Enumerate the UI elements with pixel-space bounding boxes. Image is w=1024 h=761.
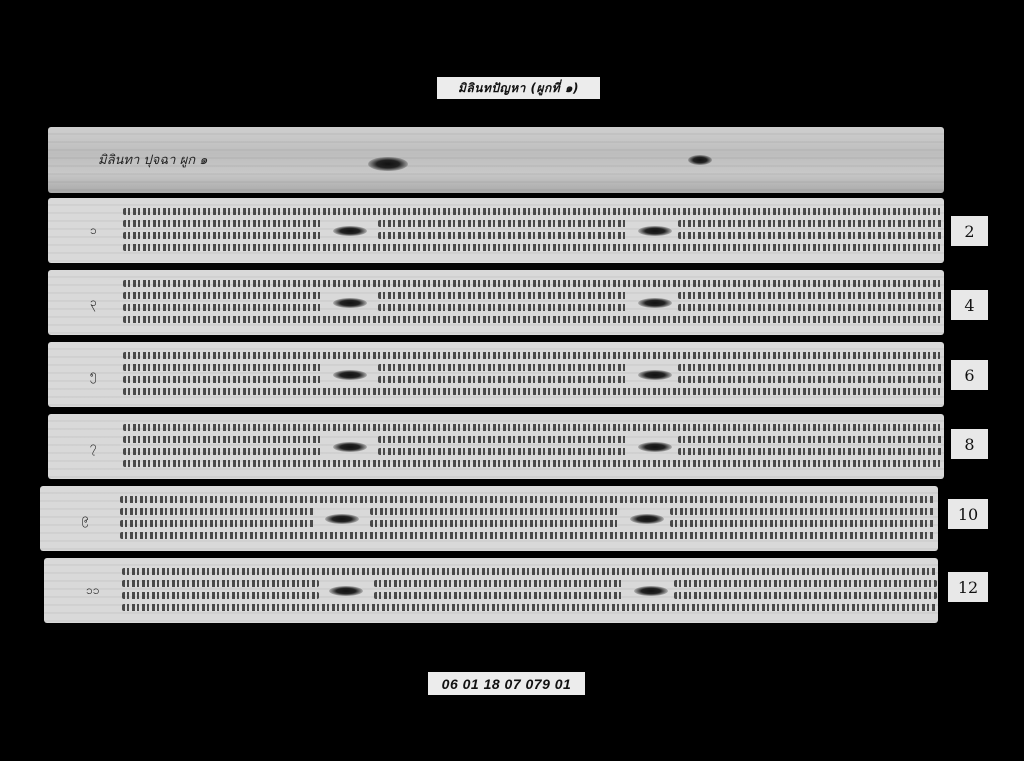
script-line <box>378 292 628 299</box>
script-line <box>123 352 943 359</box>
script-line <box>378 304 628 311</box>
manuscript-title-label: มิลินทปัญหา (ผูกที่ ๑) <box>437 77 600 99</box>
palm-leaf: ၁ <box>48 198 944 263</box>
binding-hole <box>638 370 672 380</box>
script-line <box>122 592 319 599</box>
script-line <box>123 460 943 467</box>
folio-mark: ၁၁ <box>86 582 100 600</box>
script-line <box>122 568 937 575</box>
script-line <box>678 448 943 455</box>
binding-hole <box>638 442 672 452</box>
binding-hole <box>329 586 363 596</box>
script-line <box>374 580 624 587</box>
folio-mark: ၇ <box>90 438 97 456</box>
script-line <box>674 592 937 599</box>
cover-leaf: มิลินทา ปุจฉา ผูก ๑ <box>48 127 944 193</box>
script-line <box>123 424 943 431</box>
binding-hole <box>325 514 359 524</box>
script-line <box>123 208 943 215</box>
script-line <box>123 436 323 443</box>
page-number-tag: 10 <box>948 499 988 529</box>
catalog-number-label: 06 01 18 07 079 01 <box>428 672 585 695</box>
binding-hole <box>638 298 672 308</box>
script-line <box>678 292 943 299</box>
script-line <box>123 220 323 227</box>
binding-hole <box>688 155 712 165</box>
script-line <box>123 376 323 383</box>
page-number-tag: 8 <box>951 429 988 459</box>
script-line <box>123 232 323 239</box>
script-line <box>123 388 943 395</box>
palm-leaf: ၃ <box>48 270 944 335</box>
script-line <box>122 604 937 611</box>
binding-hole <box>333 442 367 452</box>
folio-mark: ၉ <box>82 510 89 528</box>
cover-inscription: มิลินทา ปุจฉา ผูก ๑ <box>98 149 207 170</box>
script-line <box>120 496 935 503</box>
script-line <box>123 304 323 311</box>
script-line <box>123 448 323 455</box>
script-line <box>123 244 943 251</box>
script-line <box>370 520 620 527</box>
script-line <box>122 580 319 587</box>
binding-hole <box>333 298 367 308</box>
script-line <box>370 508 620 515</box>
script-line <box>378 436 628 443</box>
script-line <box>678 376 943 383</box>
script-line <box>120 532 935 539</box>
palm-leaf: ၅ <box>48 342 944 407</box>
binding-hole <box>333 226 367 236</box>
binding-hole <box>333 370 367 380</box>
palm-leaf: ၁၁ <box>44 558 938 623</box>
palm-leaf: ၉ <box>40 486 938 551</box>
script-line <box>123 316 943 323</box>
script-line <box>378 232 628 239</box>
script-line <box>123 280 943 287</box>
script-line <box>678 220 943 227</box>
folio-mark: ၁ <box>90 222 97 240</box>
script-line <box>123 292 323 299</box>
page-number-tag: 2 <box>951 216 988 246</box>
folio-mark: ၅ <box>90 366 97 384</box>
script-line <box>678 364 943 371</box>
script-line <box>123 364 323 371</box>
palm-leaf: ၇ <box>48 414 944 479</box>
binding-hole <box>368 157 408 171</box>
script-line <box>120 508 315 515</box>
script-line <box>674 580 937 587</box>
script-line <box>120 520 315 527</box>
folio-mark: ၃ <box>90 294 97 312</box>
script-line <box>378 364 628 371</box>
page-number-tag: 4 <box>951 290 988 320</box>
script-line <box>378 220 628 227</box>
script-line <box>378 448 628 455</box>
script-line <box>378 376 628 383</box>
binding-hole <box>634 586 668 596</box>
script-line <box>678 436 943 443</box>
page-number-tag: 12 <box>948 572 988 602</box>
page-number-tag: 6 <box>951 360 988 390</box>
script-line <box>670 520 935 527</box>
script-line <box>678 304 943 311</box>
script-line <box>374 592 624 599</box>
script-line <box>670 508 935 515</box>
binding-hole <box>630 514 664 524</box>
binding-hole <box>638 226 672 236</box>
script-line <box>678 232 943 239</box>
